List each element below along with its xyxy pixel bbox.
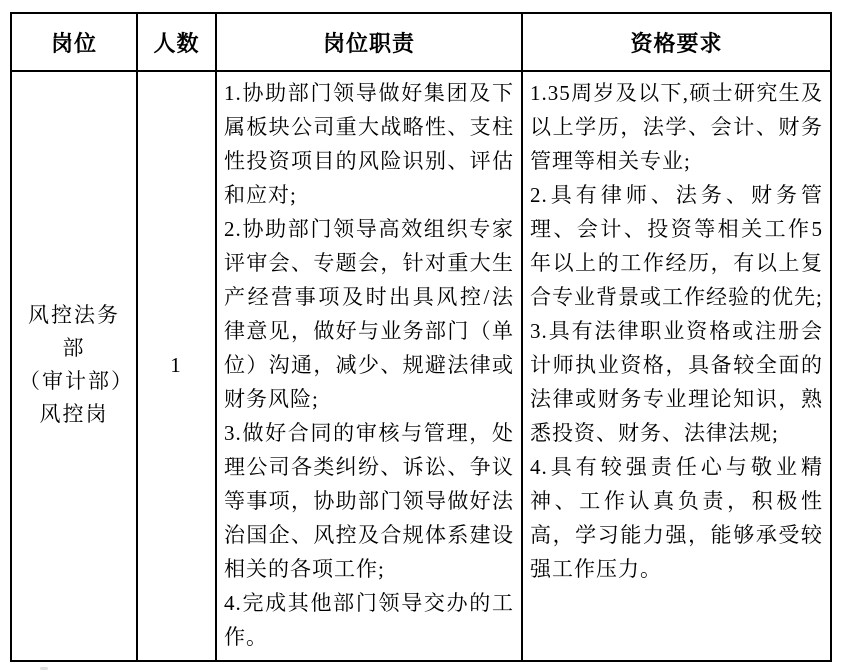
cropped-text-artifact — [40, 667, 48, 670]
document-page: 岗位 人数 岗位职责 资格要求 风控法务部（审计部）风控岗 1 1.协助部门领导… — [0, 0, 844, 672]
requirements-cell: 1.35周岁及以下,硕士研究生及以上学历，法学、会计、财务管理等相关专业;2.具… — [522, 71, 831, 661]
header-cell-duties: 岗位职责 — [216, 13, 522, 71]
headcount-cell: 1 — [137, 71, 216, 661]
table-row: 风控法务部（审计部）风控岗 1 1.协助部门领导做好集团及下属板块公司重大战略性… — [11, 71, 831, 661]
table-header-row: 岗位 人数 岗位职责 资格要求 — [11, 13, 831, 71]
header-cell-requirements: 资格要求 — [522, 13, 831, 71]
duties-cell: 1.协助部门领导做好集团及下属板块公司重大战略性、支柱性投资项目的风险识别、评估… — [216, 71, 522, 661]
position-cell: 风控法务部（审计部）风控岗 — [11, 71, 137, 661]
recruitment-table: 岗位 人数 岗位职责 资格要求 风控法务部（审计部）风控岗 1 1.协助部门领导… — [10, 12, 832, 662]
header-cell-position: 岗位 — [11, 13, 137, 71]
header-cell-headcount: 人数 — [137, 13, 216, 71]
